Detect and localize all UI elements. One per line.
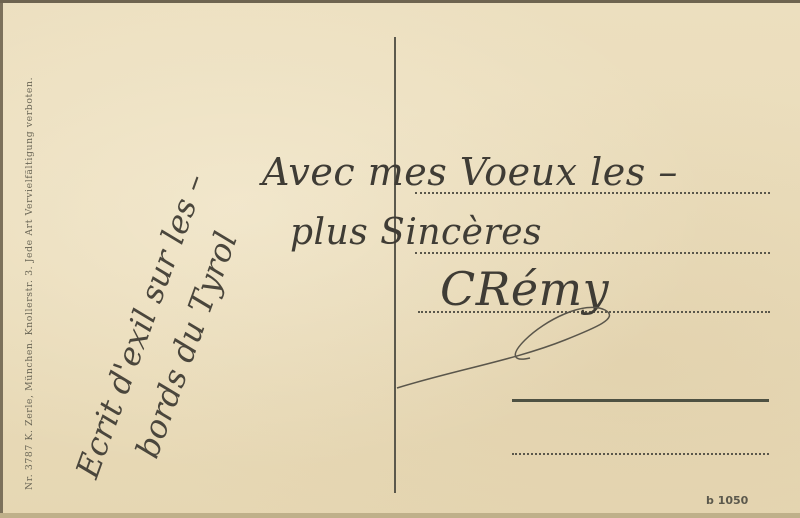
message-line-2: plus Sincères <box>290 212 542 253</box>
postcard-back: Nr. 3787 K. Zerle, München. Knollerstr. … <box>0 0 800 518</box>
catalog-number: b 1050 <box>706 494 748 507</box>
vertical-divider <box>394 37 396 493</box>
message-line-1: Avec mes Voeux les – <box>262 150 678 194</box>
signature: CRémy <box>440 262 609 316</box>
address-line-5 <box>512 453 769 455</box>
publisher-imprint: Nr. 3787 K. Zerle, München. Knollerstr. … <box>24 77 35 490</box>
address-line-4 <box>512 399 769 402</box>
